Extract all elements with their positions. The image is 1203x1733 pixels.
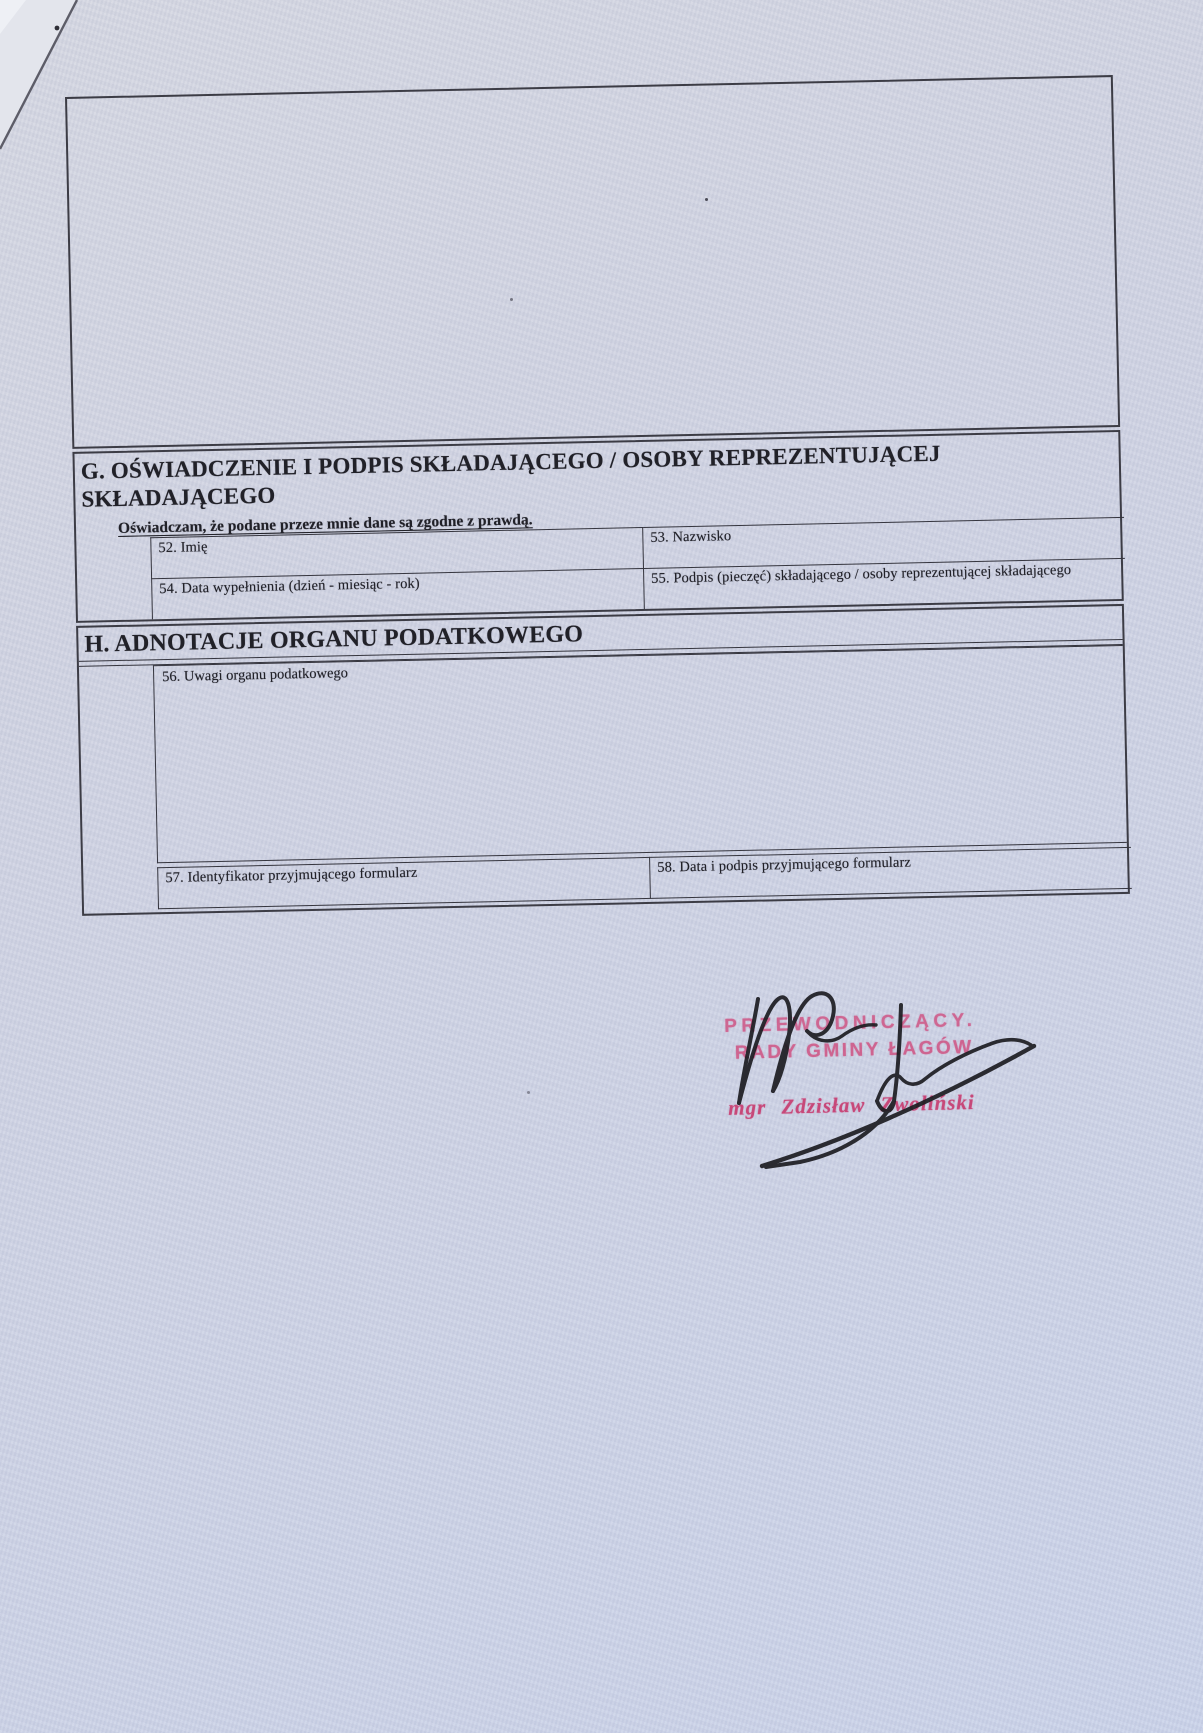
scan-speck: [527, 1091, 530, 1094]
scanned-page: G. OŚWIADCZENIE I PODPIS SKŁADAJĄCEGO / …: [0, 0, 1203, 1733]
field-55-podpis: 55. Podpis (pieczęć) składającego / osob…: [644, 558, 1126, 609]
tax-form: G. OŚWIADCZENIE I PODPIS SKŁADAJĄCEGO / …: [65, 75, 1130, 916]
section-g: G. OŚWIADCZENIE I PODPIS SKŁADAJĄCEGO / …: [72, 430, 1123, 623]
signature-ink: [690, 945, 1050, 1180]
empty-upper-form-box: [65, 75, 1120, 449]
field-58-data-podpis: 58. Data i podpis przyjmującego formular…: [650, 847, 1132, 898]
ink-speck: [55, 26, 60, 31]
field-56-uwagi: 56. Uwagi organu podatkowego: [153, 645, 1127, 863]
field-57-identyfikator: 57. Identyfikator przyjmującego formular…: [158, 857, 651, 908]
section-h: H. ADNOTACJE ORGANU PODATKOWEGO 56. Uwag…: [76, 604, 1130, 916]
signature-strokes: [739, 993, 1034, 1167]
